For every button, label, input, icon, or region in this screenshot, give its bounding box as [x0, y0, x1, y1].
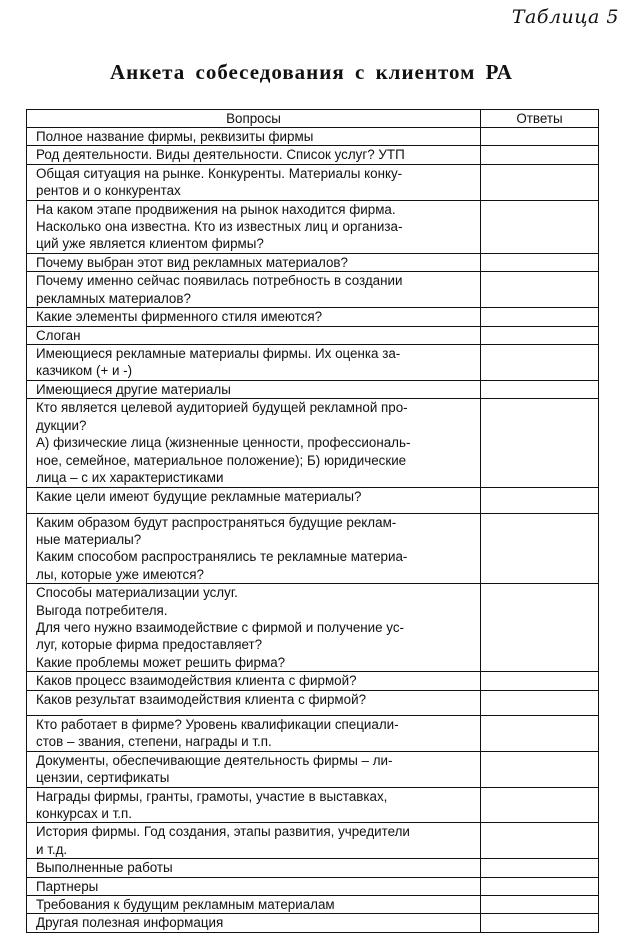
answer-cell[interactable]	[481, 326, 599, 344]
answer-cell[interactable]	[481, 487, 599, 513]
answer-cell[interactable]	[481, 877, 599, 895]
answer-cell[interactable]	[481, 399, 599, 487]
answer-cell[interactable]	[481, 253, 599, 271]
table-row: Имеющиеся рекламные материалы фирмы. Их …	[27, 345, 599, 381]
questionnaire-body: Полное название фирмы, реквизиты фирмыРо…	[27, 128, 599, 933]
answer-cell[interactable]	[481, 200, 599, 253]
table-row: Документы, обеспечивающие деятельность ф…	[27, 751, 599, 787]
table-row: Род деятельности. Виды деятельности. Спи…	[27, 146, 599, 164]
question-cell: На каком этапе продвижения на рынок нахо…	[27, 200, 481, 253]
question-cell: Полное название фирмы, реквизиты фирмы	[27, 128, 481, 146]
question-cell: Имеющиеся рекламные материалы фирмы. Их …	[27, 345, 481, 381]
answer-cell[interactable]	[481, 715, 599, 751]
column-header-questions: Вопросы	[27, 110, 481, 128]
table-row: Почему именно сейчас появилась потребнос…	[27, 272, 599, 308]
table-row: Какие цели имеют будущие рекламные матер…	[27, 487, 599, 513]
table-row: Выполненные работы	[27, 859, 599, 877]
document-title: Анкета собеседования с клиентом РА	[0, 60, 623, 85]
question-cell: Общая ситуация на рынке. Конкуренты. Мат…	[27, 164, 481, 200]
table-row: Другая полезная информация	[27, 914, 599, 932]
answer-cell[interactable]	[481, 751, 599, 787]
column-header-answers: Ответы	[481, 110, 599, 128]
table-row: Имеющиеся другие материалы	[27, 381, 599, 399]
question-cell: Требования к будущим рекламным материала…	[27, 896, 481, 914]
question-cell: Почему выбран этот вид рекламных материа…	[27, 253, 481, 271]
answer-cell[interactable]	[481, 381, 599, 399]
answer-cell[interactable]	[481, 308, 599, 326]
answer-cell[interactable]	[481, 914, 599, 932]
table-row: Требования к будущим рекламным материала…	[27, 896, 599, 914]
table-row: Каков результат взаимодействия клиента с…	[27, 690, 599, 715]
question-cell: Каким образом будут распространяться буд…	[27, 513, 481, 584]
question-cell: Почему именно сейчас появилась потребнос…	[27, 272, 481, 308]
answer-cell[interactable]	[481, 272, 599, 308]
table-row: Кто является целевой аудиторией будущей …	[27, 399, 599, 487]
answer-cell[interactable]	[481, 128, 599, 146]
table-number-label: Таблица 5	[512, 6, 619, 28]
table-row: Каким образом будут распространяться буд…	[27, 513, 599, 584]
answer-cell[interactable]	[481, 584, 599, 672]
question-cell: Награды фирмы, гранты, грамоты, участие …	[27, 787, 481, 823]
table-row: Каков процесс взаимодействия клиента с ф…	[27, 672, 599, 690]
question-cell: Слоган	[27, 326, 481, 344]
table-header-row: Вопросы Ответы	[27, 110, 599, 128]
table-row: История фирмы. Год создания, этапы разви…	[27, 823, 599, 859]
question-cell: Документы, обеспечивающие деятельность ф…	[27, 751, 481, 787]
question-cell: Кто является целевой аудиторией будущей …	[27, 399, 481, 487]
question-cell: Каков процесс взаимодействия клиента с ф…	[27, 672, 481, 690]
answer-cell[interactable]	[481, 672, 599, 690]
answer-cell[interactable]	[481, 690, 599, 715]
table-row: Полное название фирмы, реквизиты фирмы	[27, 128, 599, 146]
answer-cell[interactable]	[481, 345, 599, 381]
question-cell: Каков результат взаимодействия клиента с…	[27, 690, 481, 715]
table-row: Кто работает в фирме? Уровень квалификац…	[27, 715, 599, 751]
questionnaire-table: Вопросы Ответы Полное название фирмы, ре…	[26, 109, 599, 933]
table-row: Какие элементы фирменного стиля имеются?	[27, 308, 599, 326]
table-row: Способы материализации услуг. Выгода пот…	[27, 584, 599, 672]
answer-cell[interactable]	[481, 164, 599, 200]
question-cell: Род деятельности. Виды деятельности. Спи…	[27, 146, 481, 164]
answer-cell[interactable]	[481, 513, 599, 584]
question-cell: История фирмы. Год создания, этапы разви…	[27, 823, 481, 859]
question-cell: Способы материализации услуг. Выгода пот…	[27, 584, 481, 672]
answer-cell[interactable]	[481, 146, 599, 164]
answer-cell[interactable]	[481, 787, 599, 823]
answer-cell[interactable]	[481, 823, 599, 859]
question-cell: Другая полезная информация	[27, 914, 481, 932]
question-cell: Партнеры	[27, 877, 481, 895]
question-cell: Кто работает в фирме? Уровень квалификац…	[27, 715, 481, 751]
table-row: Слоган	[27, 326, 599, 344]
table-row: Почему выбран этот вид рекламных материа…	[27, 253, 599, 271]
question-cell: Выполненные работы	[27, 859, 481, 877]
table-row: Общая ситуация на рынке. Конкуренты. Мат…	[27, 164, 599, 200]
table-row: Партнеры	[27, 877, 599, 895]
table-row: На каком этапе продвижения на рынок нахо…	[27, 200, 599, 253]
question-cell: Какие цели имеют будущие рекламные матер…	[27, 487, 481, 513]
table-row: Награды фирмы, гранты, грамоты, участие …	[27, 787, 599, 823]
question-cell: Какие элементы фирменного стиля имеются?	[27, 308, 481, 326]
answer-cell[interactable]	[481, 859, 599, 877]
question-cell: Имеющиеся другие материалы	[27, 381, 481, 399]
answer-cell[interactable]	[481, 896, 599, 914]
